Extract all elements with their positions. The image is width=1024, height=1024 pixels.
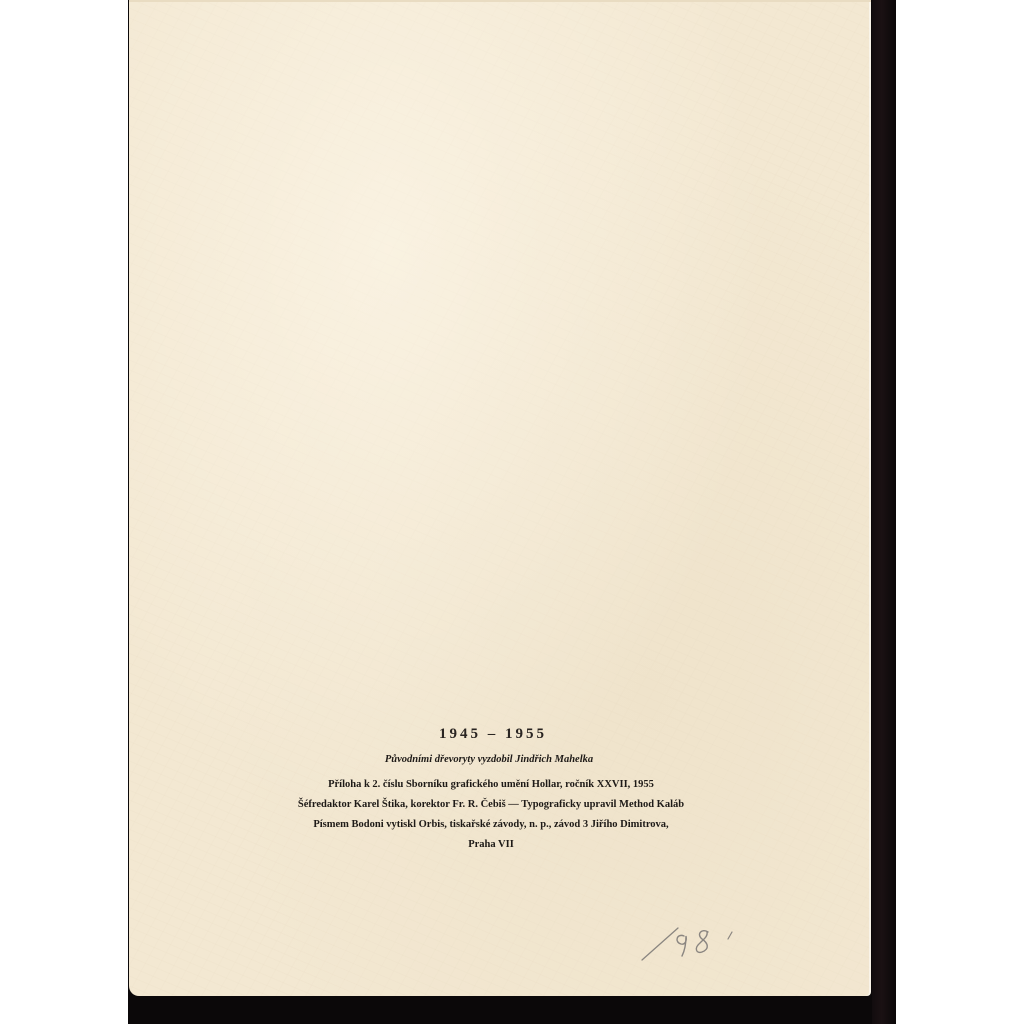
imprint-line: Písmem Bodoni vytiskl Orbis, tiskařské z…: [111, 815, 871, 835]
imprint-line: Šéfredaktor Karel Štika, korektor Fr. R.…: [111, 795, 871, 815]
dark-backing-right-edge: [872, 0, 896, 1024]
scan-background: 1945 – 1955 Původními dřevoryty vyzdobil…: [0, 0, 1024, 1024]
years-heading: 1945 – 1955: [115, 722, 871, 746]
illustrator-credit: Původními dřevoryty vyzdobil Jindřich Ma…: [107, 751, 871, 769]
paper-top-edge: [129, 0, 871, 2]
pencil-price-note: [630, 912, 740, 962]
imprint-block: Příloha k 2. číslu Sborníku grafického u…: [111, 775, 871, 855]
colophon: 1945 – 1955 Původními dřevoryty vyzdobil…: [129, 722, 871, 855]
imprint-line: Příloha k 2. číslu Sborníku grafického u…: [111, 775, 871, 795]
imprint-line: Praha VII: [111, 835, 871, 855]
